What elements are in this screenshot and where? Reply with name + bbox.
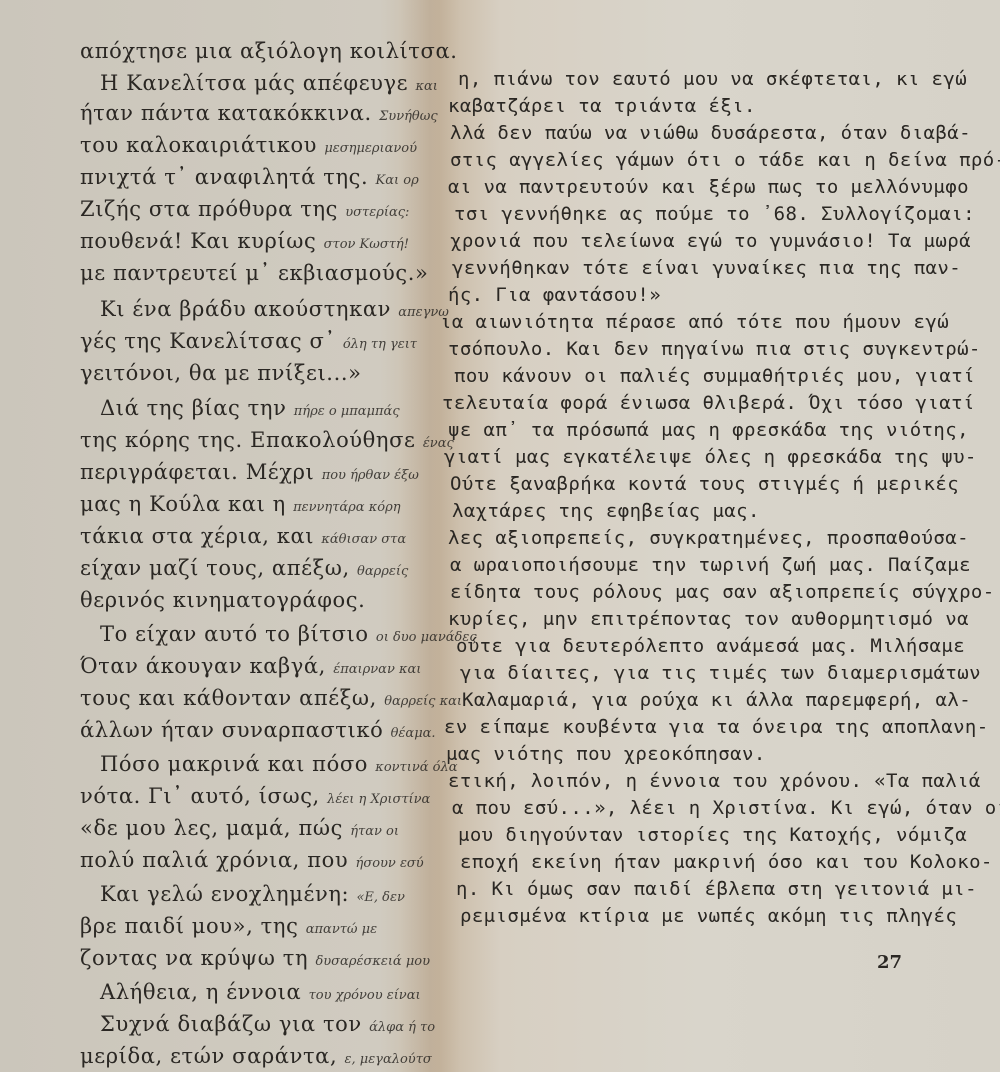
line-text: περιγράφεται. Μέχρι	[80, 460, 314, 484]
text-line: είχαν μαζί τους, απέξω, θαρρείς	[80, 555, 408, 585]
folded-line-text: στον Κωστή!	[324, 237, 409, 252]
line-text: απόχτησε μια αξιόλογη κοιλίτσα.	[80, 39, 458, 63]
line-text: θερινός κινηματογράφος.	[80, 588, 365, 612]
folded-line-text: του χρόνου είναι	[309, 988, 421, 1003]
text-line: ούτε για δευτερόλεπτο ανάμεσά μας. Μιλήσ…	[456, 633, 965, 659]
line-text: Αλήθεια, η έννοια	[100, 980, 301, 1004]
line-text: Η Κανελίτσα μάς απέφευγε	[100, 71, 408, 95]
text-line: «δε μου λες, μαμά, πώς ήταν οι	[80, 815, 399, 845]
line-text: μας η Κούλα και η	[80, 492, 286, 516]
line-text: Συχνά διαβάζω για τον	[100, 1012, 362, 1036]
folded-line-text: λέει η Χριστίνα	[327, 792, 430, 807]
right-page: η, πιάνω τον εαυτό μου να σκέφτεται, κι …	[430, 0, 1000, 1072]
text-line: Κι ένα βράδυ ακούστηκαν απεγνω	[100, 296, 449, 326]
text-line: Διά της βίας την πήρε ο μπαμπάς	[100, 395, 400, 425]
folded-line-text: θαρρείς	[357, 564, 408, 579]
text-line: τσόπουλο. Και δεν πηγαίνω πια στις συγκε…	[448, 336, 981, 362]
line-text: βρε παιδί μου», της	[80, 914, 298, 938]
folded-line-text: πεννητάρα κόρη	[293, 500, 400, 515]
text-line: απόχτησε μια αξιόλογη κοιλίτσα.	[80, 38, 458, 64]
folded-line-text: Και ορ	[376, 173, 419, 188]
text-line: Η Κανελίτσα μάς απέφευγε και	[100, 70, 438, 100]
text-line: λες αξιοπρεπείς, συγκρατημένες, προσπαθο…	[448, 525, 969, 551]
folded-line-text: ήταν οι	[350, 824, 399, 839]
text-line: ήταν πάντα κατακόκκινα. Συνήθως	[80, 100, 438, 130]
folded-line-text: Συνήθως	[379, 109, 438, 124]
text-line: Συχνά διαβάζω για τον άλφα ή το	[100, 1011, 435, 1041]
line-text: Και γελώ ενοχλημένη:	[100, 882, 349, 906]
text-line: στις αγγελίες γάμων ότι ο τάδε και η δεί…	[450, 147, 1000, 173]
text-line: Και γελώ ενοχλημένη: «Ε, δεν	[100, 881, 405, 911]
text-line: μας νιότης που χρεοκόπησαν.	[446, 741, 766, 767]
text-line: Καλαμαριά, για ρούχα κι άλλα παρεμφερή, …	[462, 687, 971, 713]
folded-line-text: που ήρθαν έξω	[322, 468, 419, 483]
text-line: με παντρευτεί μ᾽ εκβιασμούς.»	[80, 260, 428, 286]
line-text: ζοντας να κρύψω τη	[80, 946, 308, 970]
line-text: είχαν μαζί τους, απέξω,	[80, 556, 350, 580]
text-line: χρονιά που τελείωνα εγώ το γυμνάσιο! Τα …	[450, 228, 971, 254]
text-line: Όταν άκουγαν καβγά, έπαιρναν και	[80, 653, 421, 683]
text-line: Ζιζής στα πρόθυρα της υστερίας:	[80, 196, 409, 226]
folded-line-text: μεσημεριανού	[324, 141, 417, 156]
line-text: πολύ παλιά χρόνια, που	[80, 848, 348, 872]
text-line: κυρίες, μην επιτρέποντας τον αυθορμητισμ…	[448, 606, 969, 632]
folded-line-text: υστερίας:	[345, 205, 409, 220]
text-line: ρεμισμένα κτίρια με νωπές ακόμη τις πληγ…	[460, 903, 957, 929]
text-line: ετική, λοιπόν, η έννοια του χρόνου. «Τα …	[448, 768, 981, 794]
text-line: ψε απ᾽ τα πρόσωπά μας η φρεσκάδα της νιό…	[448, 417, 969, 443]
line-text: Διά της βίας την	[100, 396, 286, 420]
text-line: της κόρης της. Επακολούθησε ένας	[80, 427, 454, 457]
text-line: μου διηγούνταν ιστορίες της Κατοχής, νόμ…	[458, 822, 967, 848]
folded-line-text: δυσαρέσκειά μου	[315, 954, 430, 969]
text-line: α που εσύ...», λέει η Χριστίνα. Κι εγώ, …	[452, 795, 1000, 821]
folded-line-text: ήσουν εσύ	[356, 856, 424, 871]
text-line: θερινός κινηματογράφος.	[80, 587, 365, 613]
text-line: η. Κι όμως σαν παιδί έβλεπα στη γειτονιά…	[456, 876, 977, 902]
line-text: γές της Κανελίτσας σ᾽	[80, 329, 336, 353]
text-line: γεννήθηκαν τότε είναι γυναίκες πια της π…	[452, 255, 961, 281]
text-line: λαχτάρες της εφηβείας μας.	[452, 498, 760, 524]
text-line: τάκια στα χέρια, και κάθισαν στα	[80, 523, 406, 553]
folded-line-text: έπαιρναν και	[333, 662, 421, 677]
line-text: Όταν άκουγαν καβγά,	[80, 654, 326, 678]
text-line: του καλοκαιριάτικου μεσημεριανού	[80, 132, 417, 162]
text-line: γειτόνοι, θα με πνίξει...»	[80, 360, 362, 386]
text-line: εποχή εκείνη ήταν μακρινή όσο και του Κο…	[460, 849, 993, 875]
text-line: α ωραιοποιήσουμε την τωρινή ζωή μας. Παί…	[450, 552, 971, 578]
line-text: Κι ένα βράδυ ακούστηκαν	[100, 297, 391, 321]
text-line: καβατζάρει τα τριάντα έξι.	[448, 93, 756, 119]
line-text: ήταν πάντα κατακόκκινα.	[80, 101, 372, 125]
text-line: που κάνουν οι παλιές συμμαθήτριές μου, γ…	[454, 363, 975, 389]
folded-line-text: ε, μεγαλούτσ	[345, 1052, 432, 1067]
text-line: Το είχαν αυτό το βίτσιο οι δυο μανάδες	[100, 621, 477, 651]
text-line: ια αιωνιότητα πέρασε από τότε που ήμουν …	[440, 309, 949, 335]
text-line: η, πιάνω τον εαυτό μου να σκέφτεται, κι …	[458, 66, 967, 92]
line-text: τάκια στα χέρια, και	[80, 524, 314, 548]
line-text: πνιχτά τ᾽ αναφιλητά της.	[80, 165, 368, 189]
line-text: άλλων ήταν συναρπαστικό	[80, 718, 383, 742]
text-line: περιγράφεται. Μέχρι που ήρθαν έξω	[80, 459, 419, 489]
line-text: της κόρης της. Επακολούθησε	[80, 428, 416, 452]
text-line: αι να παντρευτούν και ξέρω πως το μελλόν…	[448, 174, 969, 200]
text-line: μας η Κούλα και η πεννητάρα κόρη	[80, 491, 401, 521]
line-text: πουθενά! Και κυρίως	[80, 229, 316, 253]
folded-line-text: όλη τη γειτ	[343, 337, 417, 352]
text-line: πουθενά! Και κυρίως στον Κωστή!	[80, 228, 409, 258]
folded-line-text: άλφα ή το	[369, 1020, 435, 1035]
line-text: γειτόνοι, θα με πνίξει...»	[80, 361, 362, 385]
folded-line-text: πήρε ο μπαμπάς	[294, 404, 400, 419]
text-line: Πόσο μακρινά και πόσο κοντινά όλα	[100, 751, 458, 781]
line-text: του καλοκαιριάτικου	[80, 133, 317, 157]
text-line: για δίαιτες, για τις τιμές των διαμερισμ…	[460, 660, 981, 686]
text-line: βρε παιδί μου», της απαντώ με	[80, 913, 377, 943]
text-line: λλά δεν παύω να νιώθω δυσάρεστα, όταν δι…	[450, 120, 971, 146]
text-line: ής. Για φαντάσου!»	[448, 282, 661, 308]
page-number: 27	[877, 952, 902, 973]
line-text: με παντρευτεί μ᾽ εκβιασμούς.»	[80, 261, 428, 285]
folded-line-text: κάθισαν στα	[321, 532, 406, 547]
text-line: μερίδα, ετών σαράντα, ε, μεγαλούτσ	[80, 1043, 432, 1072]
line-text: νότα. Γι᾽ αυτό, ίσως,	[80, 784, 320, 808]
text-line: εν είπαμε κουβέντα για τα όνειρα της απο…	[444, 714, 989, 740]
text-line: Ούτε ξαναβρήκα κοντά τους στιγμές ή μερι…	[450, 471, 959, 497]
text-line: τσι γεννήθηκε ας πούμε το ᾽68. Συλλογίζο…	[454, 201, 975, 227]
text-line: είδητα τους ρόλους μας σαν αξιοπρεπείς σ…	[450, 579, 995, 605]
line-text: Ζιζής στα πρόθυρα της	[80, 197, 338, 221]
folded-line-text: «Ε, δεν	[356, 890, 404, 905]
line-text: Πόσο μακρινά και πόσο	[100, 752, 368, 776]
text-line: άλλων ήταν συναρπαστικό θέαμα.	[80, 717, 436, 747]
line-text: μερίδα, ετών σαράντα,	[80, 1044, 337, 1068]
folded-line-text: απαντώ με	[306, 922, 377, 937]
text-line: τους και κάθονταν απέξω, θαρρείς και	[80, 685, 462, 715]
text-line: γές της Κανελίτσας σ᾽ όλη τη γειτ	[80, 328, 417, 358]
text-line: Αλήθεια, η έννοια του χρόνου είναι	[100, 979, 421, 1009]
text-line: τελευταία φορά ένιωσα θλιβερά. Όχι τόσο …	[442, 390, 975, 416]
left-page: απόχτησε μια αξιόλογη κοιλίτσα.Η Κανελίτ…	[0, 0, 440, 1072]
line-text: «δε μου λες, μαμά, πώς	[80, 816, 343, 840]
text-line: ζοντας να κρύψω τη δυσαρέσκειά μου	[80, 945, 430, 975]
text-line: νότα. Γι᾽ αυτό, ίσως, λέει η Χριστίνα	[80, 783, 430, 813]
line-text: Το είχαν αυτό το βίτσιο	[100, 622, 369, 646]
line-text: τους και κάθονταν απέξω,	[80, 686, 377, 710]
text-line: γιατί μας εγκατέλειψε όλες η φρεσκάδα τη…	[444, 444, 977, 470]
text-line: πνιχτά τ᾽ αναφιλητά της. Και ορ	[80, 164, 419, 194]
text-line: πολύ παλιά χρόνια, που ήσουν εσύ	[80, 847, 424, 877]
folded-line-text: θέαμα.	[391, 726, 436, 741]
